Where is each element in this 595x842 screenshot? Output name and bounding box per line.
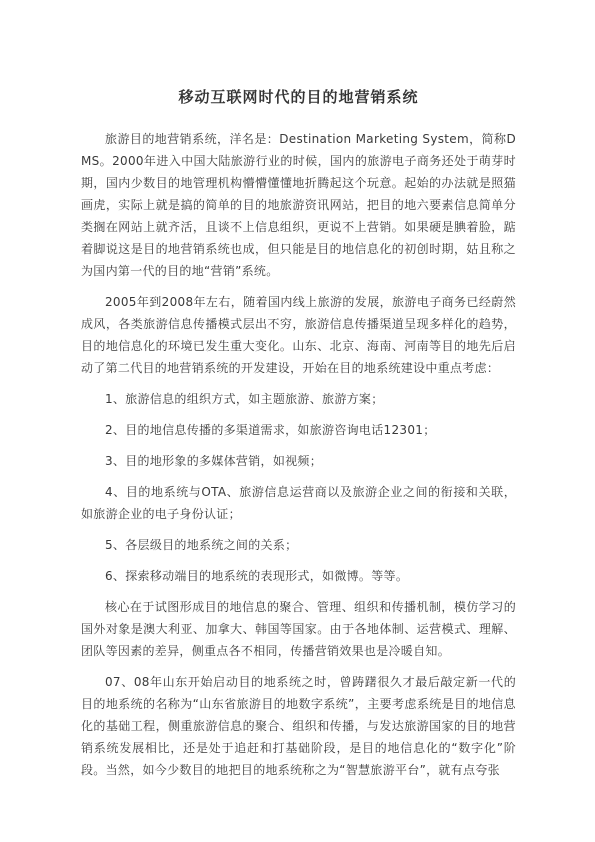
list-item-3: 3、目的地形象的多媒体营销，如视频； xyxy=(81,450,516,472)
second-gen-paragraph: 2005年到2008年左右，随着国内线上旅游的发展，旅游电子商务已经蔚然成风，各… xyxy=(81,291,516,379)
core-paragraph: 核心在于试图形成目的地信息的聚合、管理、组织和传播机制，模仿学习的国外对象是澳大… xyxy=(81,596,516,662)
shandong-paragraph: 07、08年山东开始启动目的地系统之时，曾踌躇很久才最后敲定新一代的目的地系统的… xyxy=(81,671,516,781)
list-item-4: 4、目的地系统与OTA、旅游信息运营商以及旅游企业之间的衔接和关联，如旅游企业的… xyxy=(81,481,516,525)
page-title: 移动互联网时代的目的地营销系统 xyxy=(81,86,516,108)
intro-paragraph: 旅游目的地营销系统，洋名是：Destination Marketing Syst… xyxy=(81,128,516,282)
list-item-2: 2、目的地信息传播的多渠道需求，如旅游咨询电话12301； xyxy=(81,419,516,441)
document-page: 移动互联网时代的目的地营销系统 旅游目的地营销系统，洋名是：Destinatio… xyxy=(0,0,595,842)
list-item-1: 1、旅游信息的组织方式，如主题旅游、旅游方案； xyxy=(81,388,516,410)
list-item-5: 5、各层级目的地系统之间的关系； xyxy=(81,534,516,556)
list-item-6: 6、探索移动端目的地系统的表现形式，如微博。等等。 xyxy=(81,565,516,587)
